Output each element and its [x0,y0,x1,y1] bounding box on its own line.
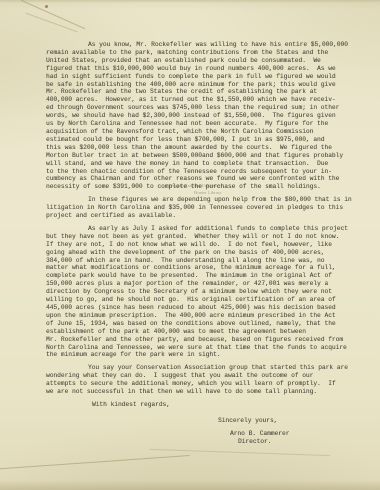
signature-block: Arno B. Cammerer Director. [46,430,358,446]
signature-name: Arno B. Cammerer [230,430,358,438]
letter-valediction: Sincerely yours, [46,417,358,425]
letter-paragraph-4: You say your Conservation Association gr… [46,364,358,396]
signature-title: Director. [230,438,358,446]
letter-paragraph-3: As early as July I asked for additional … [46,225,358,359]
scanned-letter-page: Western Carolina University Hunter Libra… [0,0,380,490]
letter-body: As you know, Mr. Rockefeller was willing… [46,41,358,446]
letter-closing: With kindest regards, [46,401,358,409]
letter-paragraph-1: As you know, Mr. Rockefeller was willing… [46,41,358,191]
paper-speck [45,5,48,8]
paper-crease [0,455,190,470]
letter-paragraph-2: In these figures we are depending upon h… [46,196,358,220]
